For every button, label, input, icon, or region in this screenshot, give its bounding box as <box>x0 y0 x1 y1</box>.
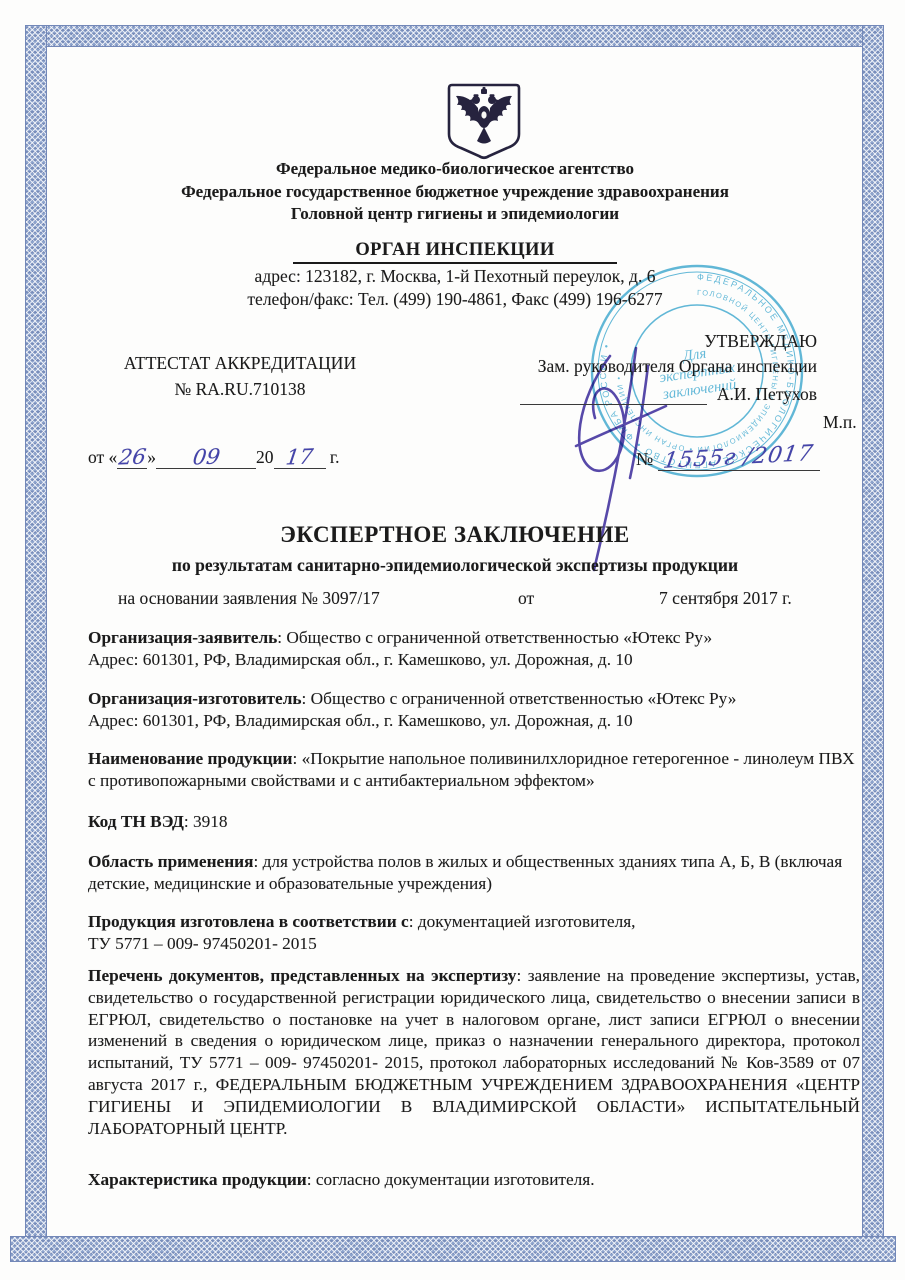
accreditation-number: № RA.RU.710138 <box>95 376 385 402</box>
section-applicant: Организация-заявитель: Общество с ограни… <box>88 627 860 670</box>
section-text: заявление на проведение экспертизы, уста… <box>88 966 860 1138</box>
basis-from: от <box>518 588 534 609</box>
organ-heading: ОРГАН ИНСПЕКЦИИ <box>293 240 616 264</box>
border-bottom <box>10 1236 896 1262</box>
document-title: ЭКСПЕРТНОЕ ЗАКЛЮЧЕНИЕ <box>60 522 850 548</box>
institution-name: Федеральное государственное бюджетное уч… <box>60 181 850 204</box>
section-address: Адрес: 601301, РФ, Владимирская обл., г.… <box>88 649 860 671</box>
agency-name: Федеральное медико-биологическое агентст… <box>60 158 850 181</box>
basis-date: 7 сентября 2017 г. <box>659 588 792 609</box>
letterhead: Федеральное медико-биологическое агентст… <box>60 158 850 226</box>
handwritten-month: 09 <box>191 447 221 469</box>
section-text: документацией изготовителя, <box>418 912 636 931</box>
border-left <box>25 25 47 1245</box>
section-label: Продукция изготовлена в соответствии с <box>88 912 409 931</box>
center-name: Головной центр гигиены и эпидемиологии <box>60 203 850 226</box>
basis-statement: на основании заявления № 3097/17 <box>118 588 380 609</box>
section-label: Перечень документов, представленных на э… <box>88 966 516 985</box>
section-label: Код ТН ВЭД <box>88 812 184 831</box>
date-line: от «26»092017 г. <box>88 446 340 469</box>
signature-row: А.И. Петухов <box>520 384 817 405</box>
signature-line <box>520 384 707 405</box>
number-line: № 1555г /2017 <box>636 448 820 471</box>
section-text: 3918 <box>193 812 228 831</box>
accreditation-block: АТТЕСТАТ АККРЕДИТАЦИИ № RA.RU.710138 <box>95 350 385 402</box>
section-text: согласно документации изготовителя. <box>316 1170 595 1189</box>
handwritten-day: 26 <box>117 447 147 469</box>
section-tu-number: ТУ 5771 – 009- 97450201- 2015 <box>88 933 860 955</box>
seal-mark: М.п. <box>823 412 857 433</box>
section-label: Организация-заявитель <box>88 628 277 647</box>
date-suffix: г. <box>330 447 340 467</box>
section-label: Наименование продукции <box>88 749 292 768</box>
date-close-quote: » <box>147 447 156 467</box>
document-page: Федеральное медико-биологическое агентст… <box>0 0 905 1280</box>
section-address: Адрес: 601301, РФ, Владимирская обл., г.… <box>88 710 860 732</box>
border-right <box>862 25 884 1245</box>
accreditation-title: АТТЕСТАТ АККРЕДИТАЦИИ <box>95 350 385 376</box>
section-label: Организация-изготовитель <box>88 689 302 708</box>
approver-position: Зам. руководителя Органа инспекции <box>512 356 817 377</box>
section-text: Общество с ограниченной ответственностью… <box>286 628 712 647</box>
section-product-name: Наименование продукции: «Покрытие наполь… <box>88 748 860 791</box>
handwritten-year: 17 <box>285 447 315 469</box>
section-manufactured-according: Продукция изготовлена в соответствии с: … <box>88 911 860 954</box>
number-label: № <box>636 449 653 469</box>
border-top <box>25 25 884 47</box>
date-century: 20 <box>256 447 274 467</box>
date-prefix: от « <box>88 447 117 467</box>
section-application-area: Область применения: для устройства полов… <box>88 851 860 894</box>
section-documents-list: Перечень документов, представленных на э… <box>88 965 860 1139</box>
section-text: Общество с ограниченной ответственностью… <box>311 689 737 708</box>
handwritten-number: 1555г /2017 <box>662 443 815 473</box>
section-label: Характеристика продукции <box>88 1170 307 1189</box>
section-product-characteristics: Характеристика продукции: согласно докум… <box>88 1169 860 1191</box>
section-label: Область применения <box>88 852 253 871</box>
section-manufacturer: Организация-изготовитель: Общество с огр… <box>88 688 860 731</box>
approve-word: УТВЕРЖДАЮ <box>515 331 817 352</box>
section-tnved-code: Код ТН ВЭД: 3918 <box>88 811 860 833</box>
document-subtitle: по результатам санитарно-эпидемиологичес… <box>60 555 850 576</box>
coat-of-arms-icon <box>443 82 525 162</box>
approver-name: А.И. Петухов <box>717 384 817 405</box>
